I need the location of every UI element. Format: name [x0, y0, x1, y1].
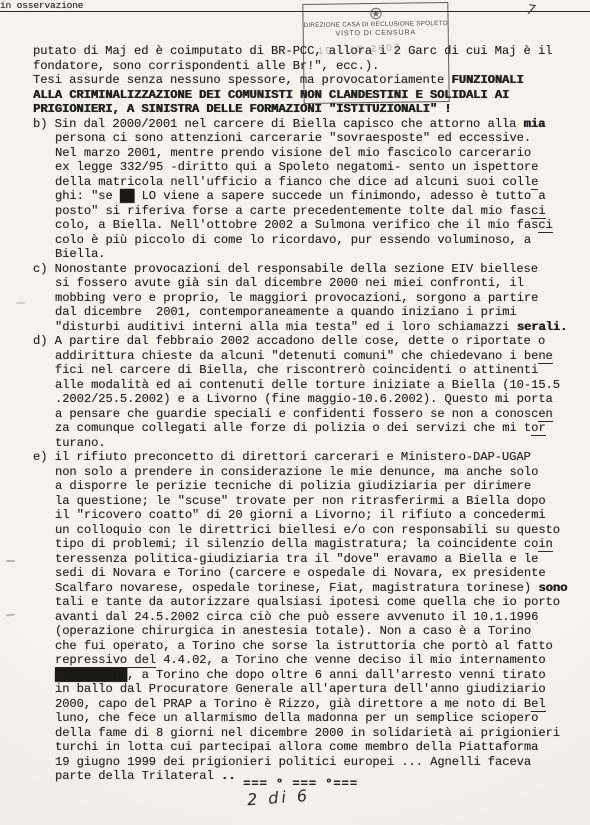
text-line: luno, che fece un allarmismo della madon…: [33, 711, 585, 726]
text-segment: ..: [221, 769, 235, 783]
text-segment: ne: [538, 349, 552, 364]
text-line: za comunque collegati alle forze di poli…: [33, 421, 585, 436]
text-line: mobbing vero e proprio, le maggiori prov…: [33, 291, 585, 306]
text-segment: dal dicembre 2001, contemporaneamente a …: [55, 305, 517, 319]
text-line: repressivo del 4.4.02, a Torino che venn…: [33, 653, 585, 668]
text-line: .2002/25.5.2002) e a Livorno (fine maggi…: [33, 392, 585, 407]
text-line: persona ci sono attenzioni carcerarie "s…: [33, 131, 585, 146]
text-segment: PRIGIONIERI, A SINISTRA DELLE FORMAZIONI…: [33, 102, 451, 116]
text-segment: Tesi assurde senza nessuno spessore, ma …: [33, 73, 451, 87]
handwritten-page-mark: 7: [526, 2, 536, 18]
text-segment: in ballo dal Procuratore Generale all'ap…: [55, 682, 546, 696]
text-line: turchi in lotta cui partecipai allora co…: [33, 740, 585, 755]
text-segment: mia: [524, 117, 546, 131]
text-segment: putato di Maj ed è coimputato di BR-PCC,…: [33, 44, 552, 58]
text-line: sedi di Novara e Torino (carcere e osped…: [33, 566, 585, 581]
redacted-text: ██: [120, 189, 134, 203]
text-line: Scalfaro novarese, ospedale torinese, Fi…: [33, 581, 585, 596]
text-segment: or: [531, 421, 545, 436]
text-segment: LO viene a sapere succede un finimondo, …: [134, 189, 545, 203]
text-line: non solo a prendere in considerazione le…: [33, 465, 585, 480]
text-segment: non solo a prendere in considerazione le…: [55, 465, 538, 479]
stamp-censorship-line: VISTO DI CENSURA: [304, 27, 448, 38]
text-segment: d) A partire dal febbraio 2002 accadono …: [33, 334, 545, 348]
text-line: e) il rifiuto preconcetto di direttori c…: [33, 450, 585, 465]
text-segment: persona ci sono attenzioni carcerarie "s…: [55, 131, 531, 145]
text-line: fici nel carcere di Biella, che riscontr…: [33, 363, 585, 378]
text-line: ██████████, a Torino che dopo oltre 6 an…: [33, 668, 585, 683]
text-segment: in: [538, 537, 552, 552]
text-line: della matricola nell'ufficio a fianco ch…: [33, 175, 585, 190]
text-segment: repressivo del: [55, 653, 156, 668]
stamp-office-line: DIREZIONE CASA DI RECLUSIONE SPOLETO: [304, 20, 448, 30]
pencil-mark: [16, 302, 25, 304]
text-segment: 4.4.02, a Torino che venne deciso il mio…: [156, 653, 546, 667]
text-line: tali e tante da autorizzare qualsiasi ip…: [33, 595, 585, 610]
redacted-text: ██████████: [55, 668, 127, 682]
text-line: ALLA CRIMINALIZZAZIONE DEI COMUNISTI NON…: [33, 88, 585, 103]
text-segment: Biella.: [55, 247, 106, 261]
text-segment: ci: [538, 218, 552, 233]
text-segment: FUNZIONALI: [451, 73, 523, 87]
text-segment: mobbing vero e proprio, le maggiori prov…: [55, 291, 538, 305]
document-page: putato di Maj ed è coimputato di BR-PCC,…: [0, 0, 590, 825]
text-segment: tipo di problemi; il silenzio della magi…: [55, 537, 538, 551]
text-line: (operazione chirurgica in anestesia tota…: [33, 624, 585, 639]
text-segment: (operazione chirurgica in anestesia tota…: [55, 624, 531, 638]
text-segment: c) Nonostante provocazioni del responsab…: [33, 262, 538, 276]
text-line: avanti dal 24.5.2002 circa ciò che può e…: [33, 610, 585, 625]
text-segment: za comunque collegati alle forze di poli…: [55, 421, 531, 435]
text-line: a pensare che guardie speciali e confide…: [33, 407, 585, 422]
text-line: a disporre le perizie tecniche di polizi…: [33, 479, 585, 494]
text-line: teressenza politica-giudiziaria tra il "…: [33, 552, 585, 567]
text-line: b) Sin dal 2000/2001 nel carcere di Biel…: [33, 117, 585, 132]
pencil-mark: [6, 560, 15, 562]
text-segment: sedi di Novara e Torino (carcere e osped…: [55, 566, 546, 580]
text-segment: e: [531, 175, 538, 190]
text-segment: che fui operato, a Torino che sorse la i…: [55, 639, 553, 653]
text-segment: ex legge 332/95 -diritto qui a Spoleto n…: [55, 160, 538, 174]
text-line: della fame di 8 giorni nel dicembre 2000…: [33, 726, 585, 741]
text-segment: sono: [538, 581, 567, 595]
text-segment: alle modalità ed ai contenuti delle tort…: [55, 378, 560, 392]
text-segment: colo, a Biella. Nell'ottobre 2002 a Sulm…: [55, 218, 538, 232]
text-segment: posto" si riferiva forse a carte precede…: [55, 204, 531, 218]
text-line: turano.: [33, 436, 585, 451]
text-line: ex legge 332/95 -diritto qui a Spoleto n…: [33, 160, 585, 175]
text-line: un colloquio con le direttrici biellesi …: [33, 523, 585, 538]
text-segment: turano.: [55, 436, 106, 450]
text-block: putato di Maj ed è coimputato di BR-PCC,…: [33, 44, 585, 784]
text-segment: turchi in lotta cui partecipai allora co…: [55, 740, 538, 754]
text-line: colo, a Biella. Nell'ottobre 2002 a Sulm…: [33, 218, 585, 233]
text-segment: Scalfaro novarese, ospedale torinese, Fi…: [55, 581, 538, 595]
text-line: addirittura chieste da alcuni "detenuti …: [33, 349, 585, 364]
text-segment: e) il rifiuto preconcetto di direttori c…: [33, 450, 531, 464]
handwritten-page-number: 2 di 6: [246, 786, 310, 809]
text-segment: la questione; le "scuse" trovate per non…: [55, 494, 546, 508]
text-segment: della matricola nell'ufficio a fianco ch…: [55, 175, 531, 189]
text-segment: 2000, capo del PRAP a Torino è Rizzo, gi…: [55, 697, 531, 711]
text-segment: "disturbi auditivi interni alla mia test…: [55, 320, 517, 334]
text-line: la questione; le "scuse" trovate per non…: [33, 494, 585, 509]
text-segment: Nel marzo 2001, mentre prendo visione de…: [55, 146, 531, 160]
text-line: dal dicembre 2001, contemporaneamente a …: [33, 305, 585, 320]
text-line: posto" si riferiva forse a carte precede…: [33, 204, 585, 219]
text-line: "disturbi auditivi interni alla mia test…: [33, 320, 585, 335]
text-line: fondatore, sono corrispondenti alle Br!"…: [33, 59, 585, 74]
text-line: tipo di problemi; il silenzio della magi…: [33, 537, 585, 552]
text-segment: colo è più piccolo di come lo ricordavo,…: [55, 233, 531, 247]
interlinear-note: in osservazione: [0, 0, 590, 12]
text-segment: b) Sin dal 2000/2001 nel carcere di Biel…: [33, 117, 524, 131]
text-segment: ALLA CRIMINALIZZAZIONE DEI COMUNISTI NON…: [33, 88, 509, 102]
text-line: Biella.: [33, 247, 585, 262]
text-segment: fondatore, sono corrispondenti alle Br!"…: [33, 59, 379, 73]
text-line: 2000, capo del PRAP a Torino è Rizzo, gi…: [33, 697, 585, 712]
text-line: PRIGIONIERI, A SINISTRA DELLE FORMAZIONI…: [33, 102, 585, 117]
text-segment: el: [531, 697, 545, 712]
pencil-mark: [6, 614, 15, 617]
text-line: d) A partire dal febbraio 2002 accadono …: [33, 334, 585, 349]
text-segment: si fossero avute già sin dal dicembre 20…: [55, 276, 524, 290]
text-segment: addirittura chieste da alcuni "detenuti …: [55, 349, 538, 363]
text-segment: serali.: [517, 320, 568, 334]
text-segment: ghi: "se: [55, 189, 120, 203]
text-segment: .2002/25.5.2002) e a Livorno (fine maggi…: [55, 392, 553, 406]
text-line: alle modalità ed ai contenuti delle tort…: [33, 378, 585, 393]
text-segment: tali e tante da autorizzare qualsiasi ip…: [55, 595, 560, 609]
text-line: Tesi assurde senza nessuno spessore, ma …: [33, 73, 585, 88]
text-segment: avanti dal 24.5.2002 circa ciò che può e…: [55, 610, 538, 624]
text-segment: en: [538, 407, 552, 422]
text-segment: ci: [531, 204, 545, 219]
text-segment: luno, che fece un allarmismo della madon…: [55, 711, 538, 725]
text-line: che fui operato, a Torino che sorse la i…: [33, 639, 585, 654]
text-segment: fici nel carcere di Biella, che riscontr…: [55, 363, 538, 377]
text-line: 19 giugno 1999 dei prigionieri politici …: [33, 755, 585, 770]
text-line: colo è più piccolo di come lo ricordavo,…: [33, 233, 585, 248]
text-line: ghi: "se ██ LO viene a sapere succede un…: [33, 189, 585, 204]
text-segment: , a Torino che dopo oltre 6 anni dall'ar…: [127, 668, 545, 682]
text-line: si fossero avute già sin dal dicembre 20…: [33, 276, 585, 291]
text-segment: a disporre le perizie tecniche di polizi…: [55, 479, 531, 493]
text-segment: a pensare che guardie speciali e confide…: [55, 407, 538, 421]
text-line: Nel marzo 2001, mentre prendo visione de…: [33, 146, 585, 161]
text-line: in ballo dal Procuratore Generale all'ap…: [33, 682, 585, 697]
text-segment: il "ricovero coatto" di 20 giorni a Livo…: [55, 508, 546, 522]
text-segment: 19 giugno 1999 dei prigionieri politici …: [55, 755, 531, 769]
text-segment: teressenza politica-giudiziaria tra il "…: [55, 552, 538, 566]
text-line: il "ricovero coatto" di 20 giorni a Livo…: [33, 508, 585, 523]
text-line: c) Nonostante provocazioni del responsab…: [33, 262, 585, 277]
text-segment: parte della Trilateral: [55, 769, 221, 783]
text-line: putato di Maj ed è coimputato di BR-PCC,…: [33, 44, 585, 59]
text-segment: della fame di 8 giorni nel dicembre 2000…: [55, 726, 560, 740]
text-segment: un colloquio con le direttrici biellesi …: [55, 523, 560, 537]
